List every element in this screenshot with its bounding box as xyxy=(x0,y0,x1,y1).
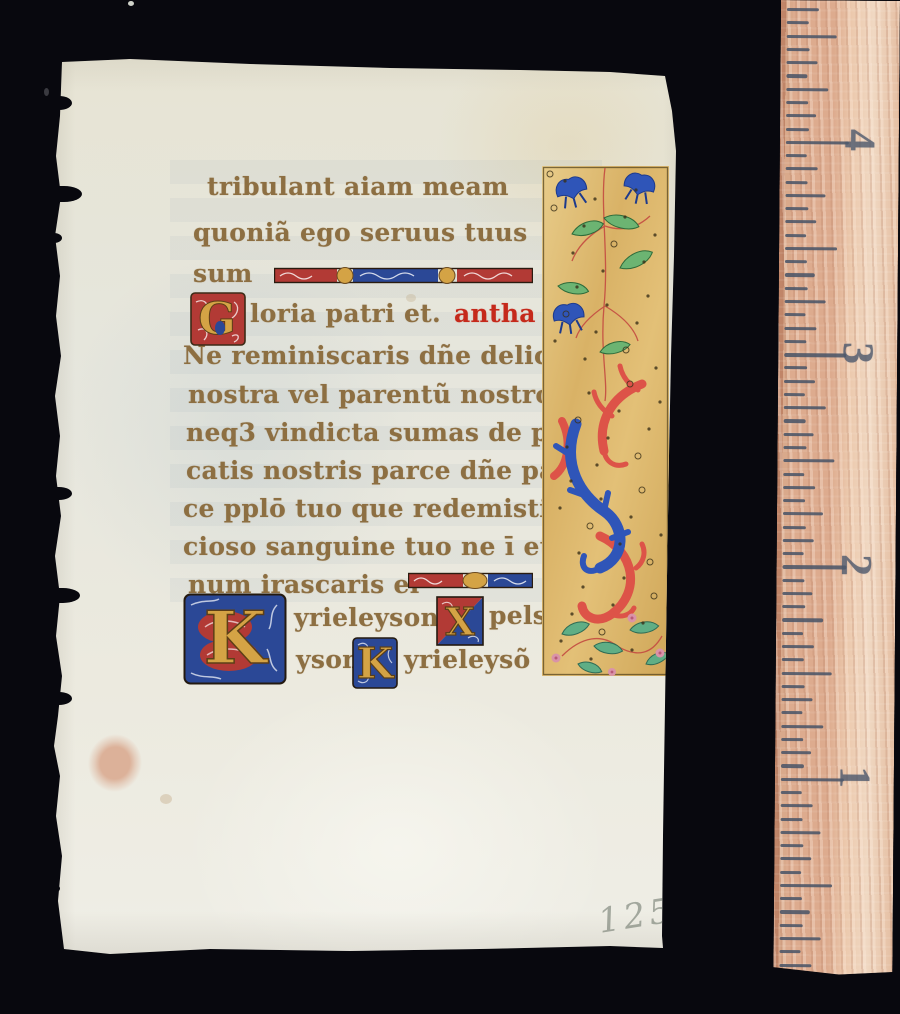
ruler-number-2: 2 xyxy=(831,537,882,593)
ruler-tick xyxy=(780,910,810,913)
ruler-tick xyxy=(781,725,823,729)
ruler-tick xyxy=(780,897,802,900)
svg-text:G: G xyxy=(198,294,236,345)
ruler-tick xyxy=(784,380,815,383)
ruler-tick xyxy=(785,287,808,290)
ruler-tick xyxy=(782,579,804,582)
ruler-tick xyxy=(782,618,823,622)
line-filler-bar-short xyxy=(408,570,533,590)
ruler-tick xyxy=(783,459,834,463)
ruler-tick xyxy=(783,446,806,449)
ruler-tick xyxy=(785,220,816,223)
ruler-tick xyxy=(784,327,816,330)
photograph-stage: tribulant aiam meamquoniã ego seruus tuu… xyxy=(0,0,900,1014)
ruler-tick xyxy=(780,844,803,847)
ruler-tick xyxy=(780,950,801,953)
ruler-tick xyxy=(784,419,806,422)
ruler-tick xyxy=(781,738,803,741)
ruler-tick xyxy=(783,539,814,542)
binding-notch xyxy=(46,186,82,202)
ruler-tick xyxy=(785,260,807,263)
ruler-tick xyxy=(787,48,810,51)
manuscript-text-line: yrieleysõ xyxy=(404,645,530,675)
illuminated-initial-X: X xyxy=(436,596,484,646)
manuscript-text-line: tribulant aiam meam xyxy=(207,172,509,202)
ruler-tick xyxy=(783,512,823,516)
ruler-tick xyxy=(786,167,818,170)
ruler-tick xyxy=(780,884,832,888)
ruler-tick xyxy=(780,924,803,927)
dust-speck xyxy=(44,88,49,96)
ruler-tick xyxy=(787,8,819,11)
illuminated-initial-G: G xyxy=(190,292,246,346)
ruler-tick xyxy=(783,499,805,502)
ruler-tick xyxy=(785,247,837,251)
ruler-tick xyxy=(786,181,808,184)
binding-notch xyxy=(46,233,62,243)
svg-text:X: X xyxy=(445,599,475,644)
illuminated-initial-K-small: K xyxy=(352,637,398,689)
line-filler-bar-long xyxy=(274,266,533,285)
manuscript-text-line: catis nostris parce dñe par xyxy=(186,456,569,486)
ruler-number-4: 4 xyxy=(834,112,885,168)
ruler-tick xyxy=(786,128,809,131)
ruler-tick xyxy=(779,964,811,967)
manuscript-text-line: yson xyxy=(296,645,361,675)
manuscript-text-line: loria patri et. xyxy=(250,299,441,329)
binding-notch xyxy=(46,588,80,603)
parchment-stain xyxy=(83,729,148,797)
ruler-tick xyxy=(782,645,814,648)
parchment-spot xyxy=(406,294,416,302)
ruler-tick xyxy=(787,35,837,39)
ruler-tick xyxy=(780,831,820,835)
ruler-tick xyxy=(783,486,815,489)
ruler-tick xyxy=(782,658,804,661)
dust-speck xyxy=(128,1,134,6)
manuscript-text-line: nostra vel parentũ nostror xyxy=(188,380,566,410)
svg-text:K: K xyxy=(357,639,395,688)
ruler-tick xyxy=(787,21,809,24)
rubric-text: antha xyxy=(454,299,536,329)
ruler-tick xyxy=(784,340,806,343)
ruler-tick xyxy=(783,473,804,476)
binding-notch xyxy=(46,487,72,500)
ruler-number-3: 3 xyxy=(833,325,884,381)
binding-notch xyxy=(46,692,72,705)
ruler-tick xyxy=(786,154,807,157)
manuscript-text-line: quoniã ego seruus tuus xyxy=(193,218,528,248)
ruler-tick xyxy=(781,711,802,714)
ruler-tick xyxy=(785,194,825,198)
manuscript-text-line: cioso sanguine tuo ne ī eter xyxy=(183,532,581,562)
ruler-inch-numbers: 4321 xyxy=(781,0,900,1)
ruler-tick xyxy=(786,114,816,117)
illuminated-initial-K-large: K xyxy=(183,593,287,685)
binding-notch xyxy=(46,884,60,893)
ruler-tick xyxy=(781,818,803,821)
ruler-tick xyxy=(782,685,805,688)
wooden-ruler: 4321 xyxy=(773,0,900,975)
manuscript-leaf: tribulant aiam meamquoniã ego seruus tuu… xyxy=(50,56,682,956)
ruler-tick xyxy=(780,871,801,874)
ruler-tick xyxy=(784,366,807,369)
pencil-folio-number: 125 xyxy=(595,890,677,942)
ruler-tick xyxy=(785,300,826,304)
ruler-tick xyxy=(782,672,832,676)
ruler-tick xyxy=(785,207,808,210)
binding-notch xyxy=(46,96,72,110)
ruler-tick xyxy=(784,406,826,410)
ruler-tick xyxy=(786,74,807,77)
ruler-tick xyxy=(780,937,821,941)
ruler-tick xyxy=(783,526,806,529)
ruler-tick xyxy=(781,751,811,754)
ruler-tick xyxy=(783,552,804,555)
ruler-tick xyxy=(781,698,812,701)
manuscript-text-line: yrieleyson xyxy=(294,603,439,633)
ruler-tick xyxy=(781,791,802,794)
ruler-tick xyxy=(785,273,815,276)
ruler-tick xyxy=(785,313,806,316)
ruler-tick-marks xyxy=(781,0,900,1)
ruler-tick xyxy=(781,764,804,767)
ruler-number-1: 1 xyxy=(829,749,880,805)
illuminated-border-panel xyxy=(542,166,669,676)
ruler-tick xyxy=(784,393,805,396)
ruler-tick xyxy=(786,88,828,92)
ruler-tick xyxy=(786,101,808,104)
manuscript-text-line: neq3 vindicta sumas de pec xyxy=(186,418,581,448)
ruler-tick xyxy=(781,804,813,807)
ruler-tick xyxy=(780,857,811,860)
blue-drop-accent xyxy=(215,321,225,335)
ruler-tick xyxy=(782,592,812,595)
manuscript-text-line: sum xyxy=(193,259,253,289)
ruler-tick xyxy=(784,433,814,436)
svg-text:K: K xyxy=(204,595,269,680)
ruler-tick xyxy=(786,61,817,64)
parchment-spot xyxy=(160,794,172,804)
ruler-tick xyxy=(782,605,805,608)
manuscript-text-line: pels xyxy=(489,601,547,631)
ruler-tick xyxy=(782,632,803,635)
ruler-tick xyxy=(785,234,806,237)
